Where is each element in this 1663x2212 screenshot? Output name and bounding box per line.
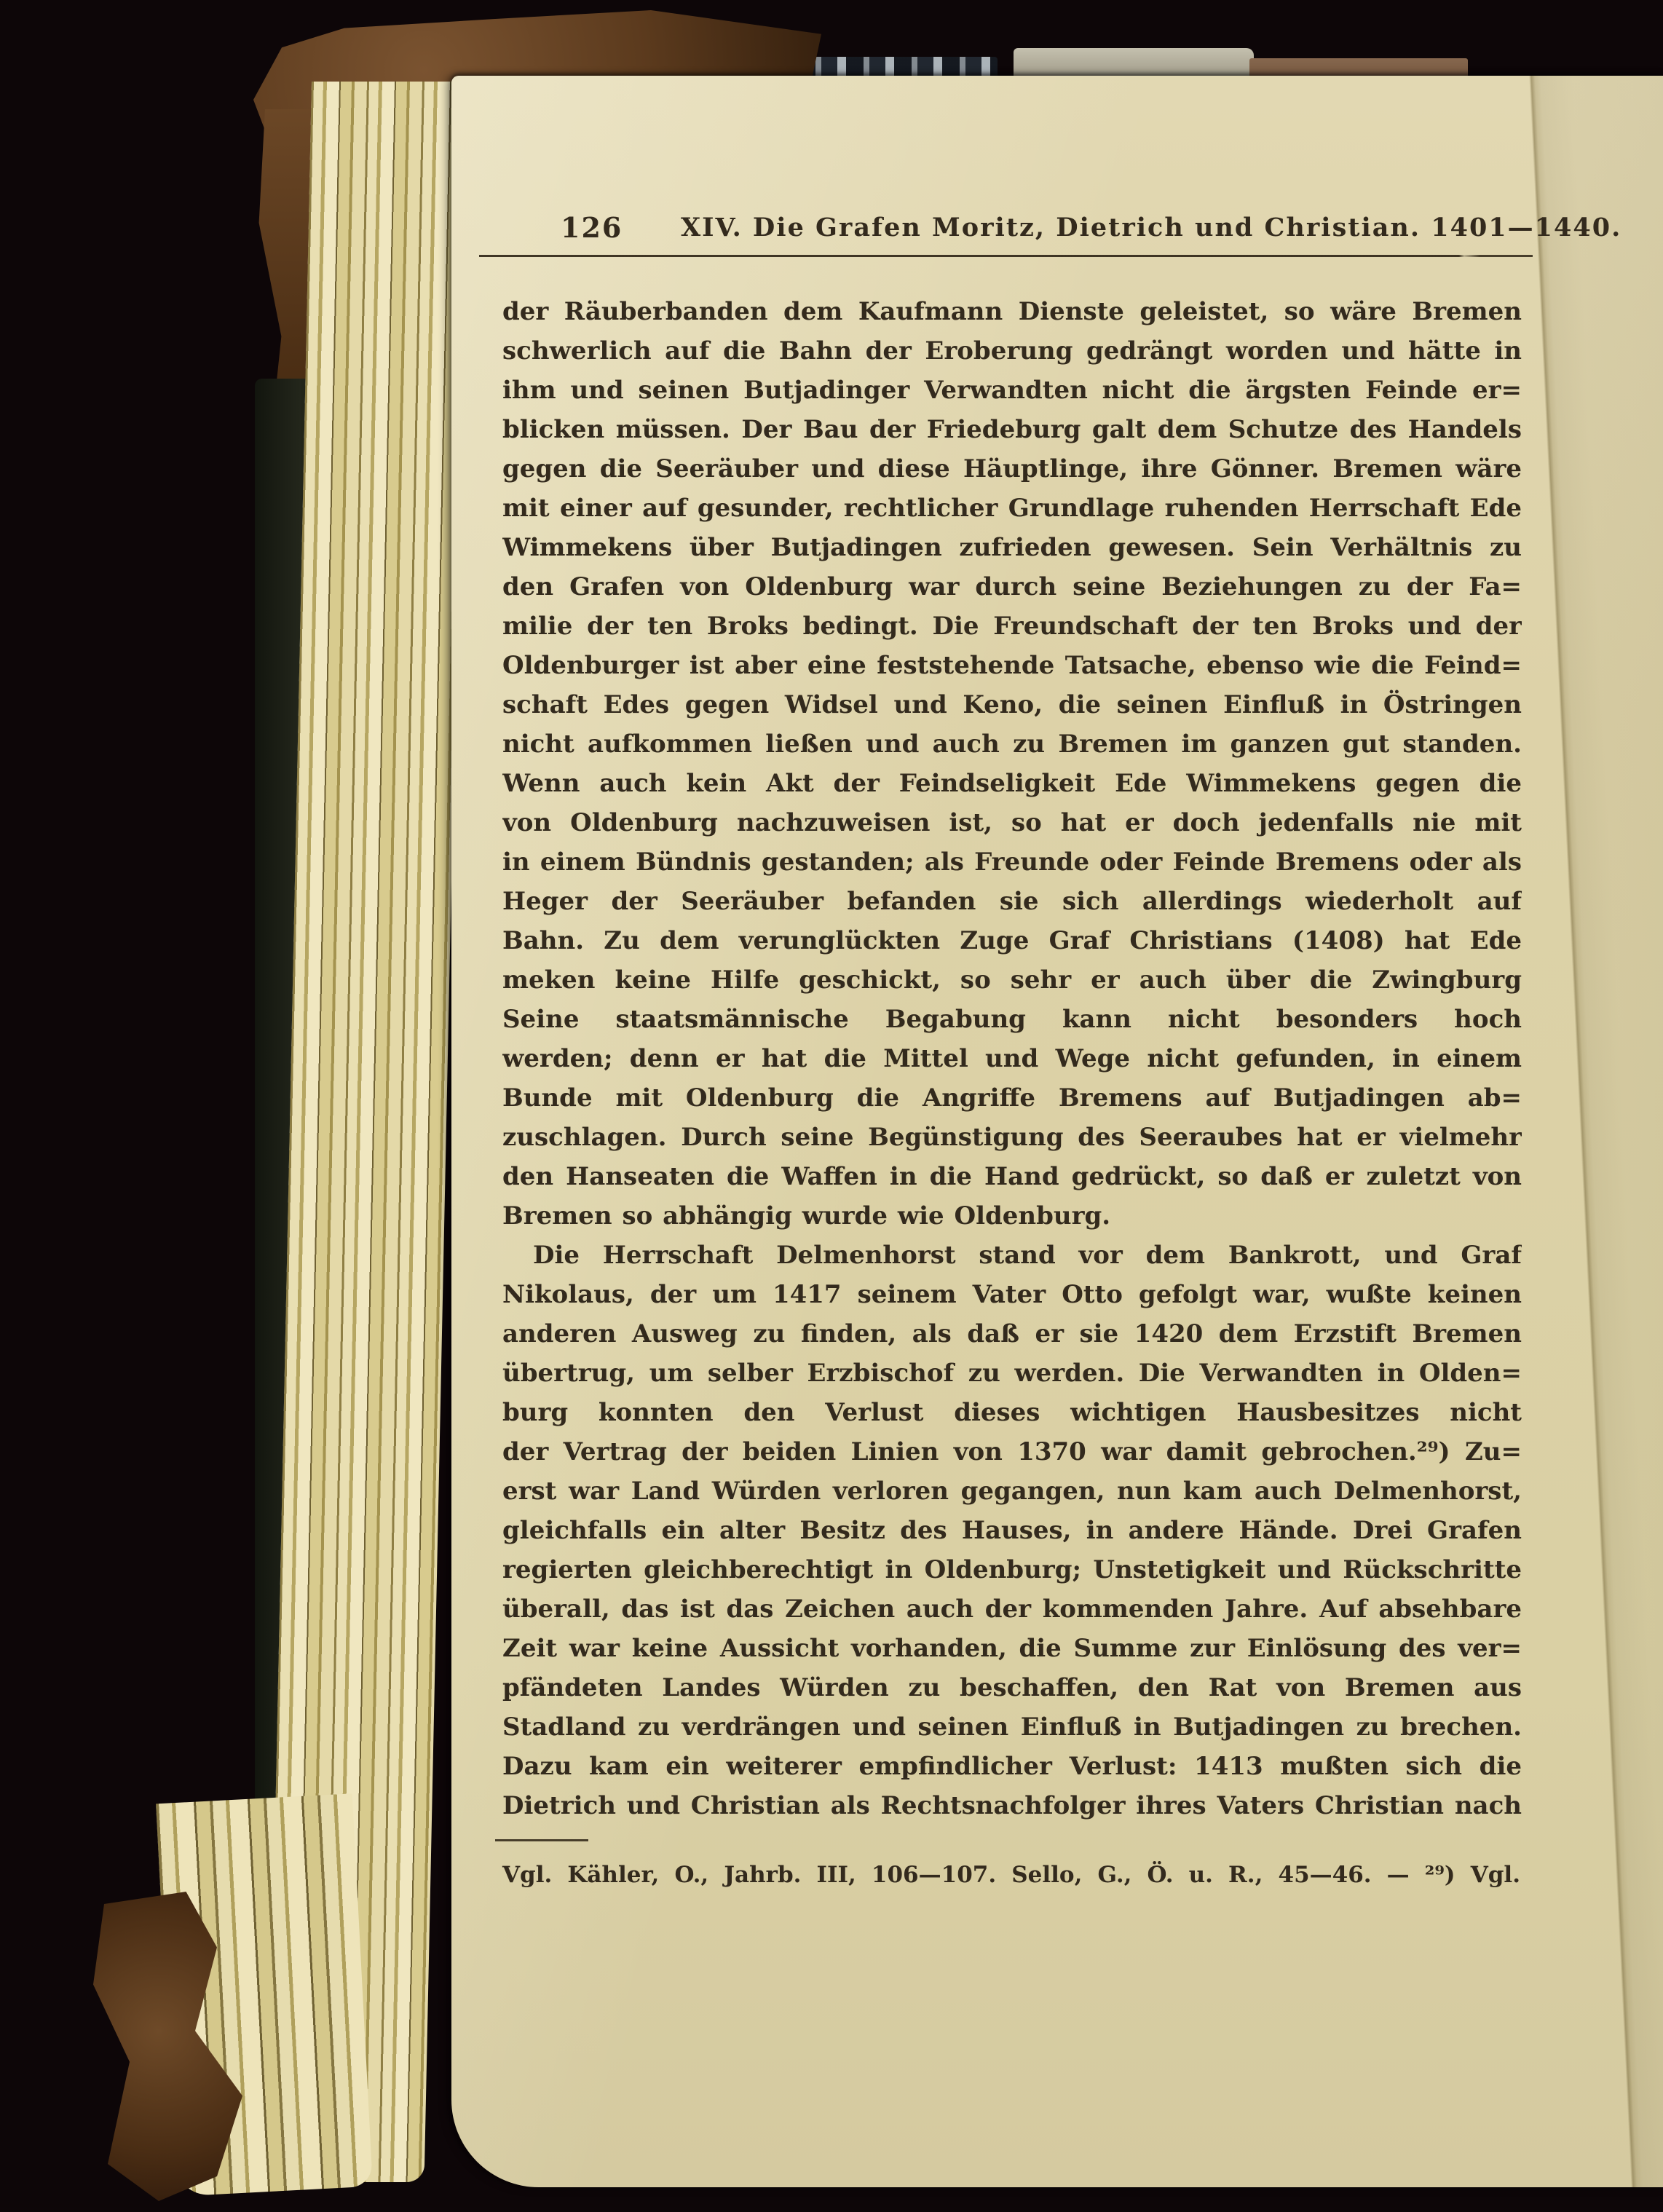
footnote-text: Vgl. Kähler, O., Jahrb. III, 106—107. Se… xyxy=(502,1858,1520,1892)
text-line: meken keine Hilfe geschickt, so sehr er … xyxy=(502,960,1522,1000)
chapter-header: XIV. Die Grafen Moritz, Dietrich und Chr… xyxy=(681,213,1621,242)
text-line: von Oldenburg nachzuweisen ist, so hat e… xyxy=(502,803,1522,842)
text-line: Dazu kam ein weiterer empfindlicher Verl… xyxy=(502,1747,1522,1786)
text-line: übertrug, um selber Erzbischof zu werden… xyxy=(502,1354,1522,1393)
text-line: milie der ten Broks bedingt. Die Freunds… xyxy=(502,607,1522,646)
text-line: in einem Bündnis gestanden; als Freunde … xyxy=(502,842,1522,882)
text-line: den Grafen von Oldenburg war durch seine… xyxy=(502,567,1522,607)
text-line: werden; denn er hat die Mittel und Wege … xyxy=(502,1039,1522,1078)
text-line: schaft Edes gegen Widsel und Keno, die s… xyxy=(502,685,1522,724)
text-line: Dietrich und Christian als Rechtsnachfol… xyxy=(502,1786,1522,1825)
text-line: schwerlich auf die Bahn der Eroberung ge… xyxy=(502,331,1522,371)
footnote-rule xyxy=(495,1839,588,1841)
text-line: blicken müssen. Der Bau der Friedeburg g… xyxy=(502,410,1522,449)
text-line: Oldenburger ist aber eine feststehende T… xyxy=(502,646,1522,685)
text-line: anderen Ausweg zu finden, als daß er sie… xyxy=(502,1314,1522,1354)
text-line: zuschlagen. Durch seine Begünstigung des… xyxy=(502,1118,1522,1157)
text-line: Bunde mit Oldenburg die Angriffe Bremens… xyxy=(502,1078,1522,1118)
text-line: ihm und seinen Butjadinger Verwandten ni… xyxy=(502,371,1522,410)
text-line: der Räuberbanden dem Kaufmann Dienste ge… xyxy=(502,292,1522,331)
text-line: Nikolaus, der um 1417 seinem Vater Otto … xyxy=(502,1275,1522,1314)
text-line: Die Herrschaft Delmenhorst stand vor dem… xyxy=(502,1236,1522,1275)
text-line: burg konnten den Verlust dieses wichtige… xyxy=(502,1393,1522,1432)
text-line: Wimmekens über Butjadingen zufrieden gew… xyxy=(502,528,1522,567)
text-line: pfändeten Landes Würden zu beschaffen, d… xyxy=(502,1668,1522,1707)
text-line: Zeit war keine Aussicht vorhanden, die S… xyxy=(502,1629,1522,1668)
text-line: Bremen so abhängig wurde wie Oldenburg. xyxy=(502,1196,1522,1236)
page-header: 126 XIV. Die Grafen Moritz, Dietrich und… xyxy=(502,211,1522,255)
page-number: 126 xyxy=(561,211,623,244)
text-line: regierten gleichberechtigt in Oldenburg;… xyxy=(502,1550,1522,1589)
text-line: der Vertrag der beiden Linien von 1370 w… xyxy=(502,1432,1522,1472)
body-text: der Räuberbanden dem Kaufmann Dienste ge… xyxy=(502,292,1522,1825)
header-rule xyxy=(479,255,1533,257)
page-fold-edge xyxy=(1529,76,1663,2187)
book-photo: 126 XIV. Die Grafen Moritz, Dietrich und… xyxy=(0,0,1663,2212)
book-page: 126 XIV. Die Grafen Moritz, Dietrich und… xyxy=(451,76,1663,2187)
text-line: mit einer auf gesunder, rechtlicher Grun… xyxy=(502,489,1522,528)
text-line: Wenn auch kein Akt der Feindseligkeit Ed… xyxy=(502,764,1522,803)
text-line: Bahn. Zu dem verunglückten Zuge Graf Chr… xyxy=(502,921,1522,960)
text-line: Stadland zu verdrängen und seinen Einflu… xyxy=(502,1707,1522,1747)
text-line: Seine staatsmännische Begabung kann nich… xyxy=(502,1000,1522,1039)
text-line: gleichfalls ein alter Besitz des Hauses,… xyxy=(502,1511,1522,1550)
text-line: Heger der Seeräuber befanden sie sich al… xyxy=(502,882,1522,921)
text-line: gegen die Seeräuber und diese Häuptlinge… xyxy=(502,449,1522,489)
text-line: nicht aufkommen ließen und auch zu Breme… xyxy=(502,724,1522,764)
text-line: überall, das ist das Zeichen auch der ko… xyxy=(502,1589,1522,1629)
text-line: erst war Land Würden verloren gegangen, … xyxy=(502,1472,1522,1511)
text-line: den Hanseaten die Waffen in die Hand ged… xyxy=(502,1157,1522,1196)
